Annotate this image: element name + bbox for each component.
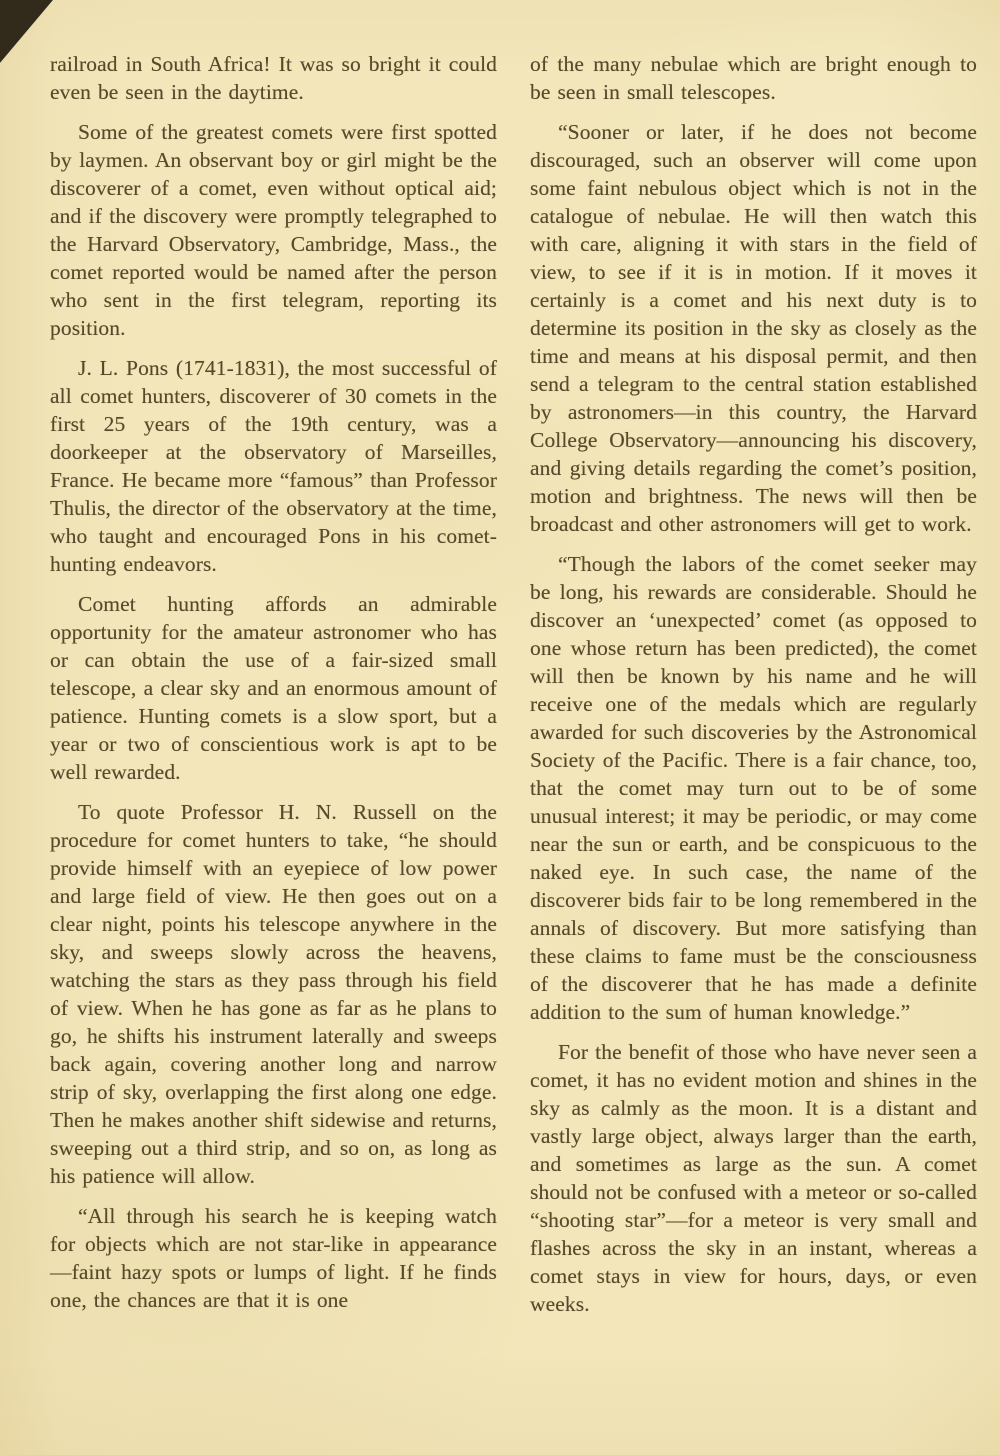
paragraph: of the many nebulae which are bright eno… [530,50,977,106]
scanned-document-page: railroad in South Africa! It was so brig… [0,0,1000,1455]
paragraph: J. L. Pons (1741-1831), the most success… [50,354,497,578]
paragraph: railroad in South Africa! It was so brig… [50,50,497,106]
paragraph: “All through his search he is keeping wa… [50,1202,497,1314]
two-column-text-block: railroad in South Africa! It was so brig… [50,50,977,1330]
paragraph: “Though the labors of the comet seeker m… [530,550,977,1026]
left-column: railroad in South Africa! It was so brig… [50,50,497,1330]
right-column: of the many nebulae which are bright eno… [530,50,977,1330]
paragraph: Comet hunting affords an admirable oppor… [50,590,497,786]
paragraph: To quote Professor H. N. Russell on the … [50,798,497,1190]
paragraph: For the benefit of those who have never … [530,1038,977,1318]
paragraph: “Sooner or later, if he does not become … [530,118,977,538]
paragraph: Some of the greatest comets were first s… [50,118,497,342]
